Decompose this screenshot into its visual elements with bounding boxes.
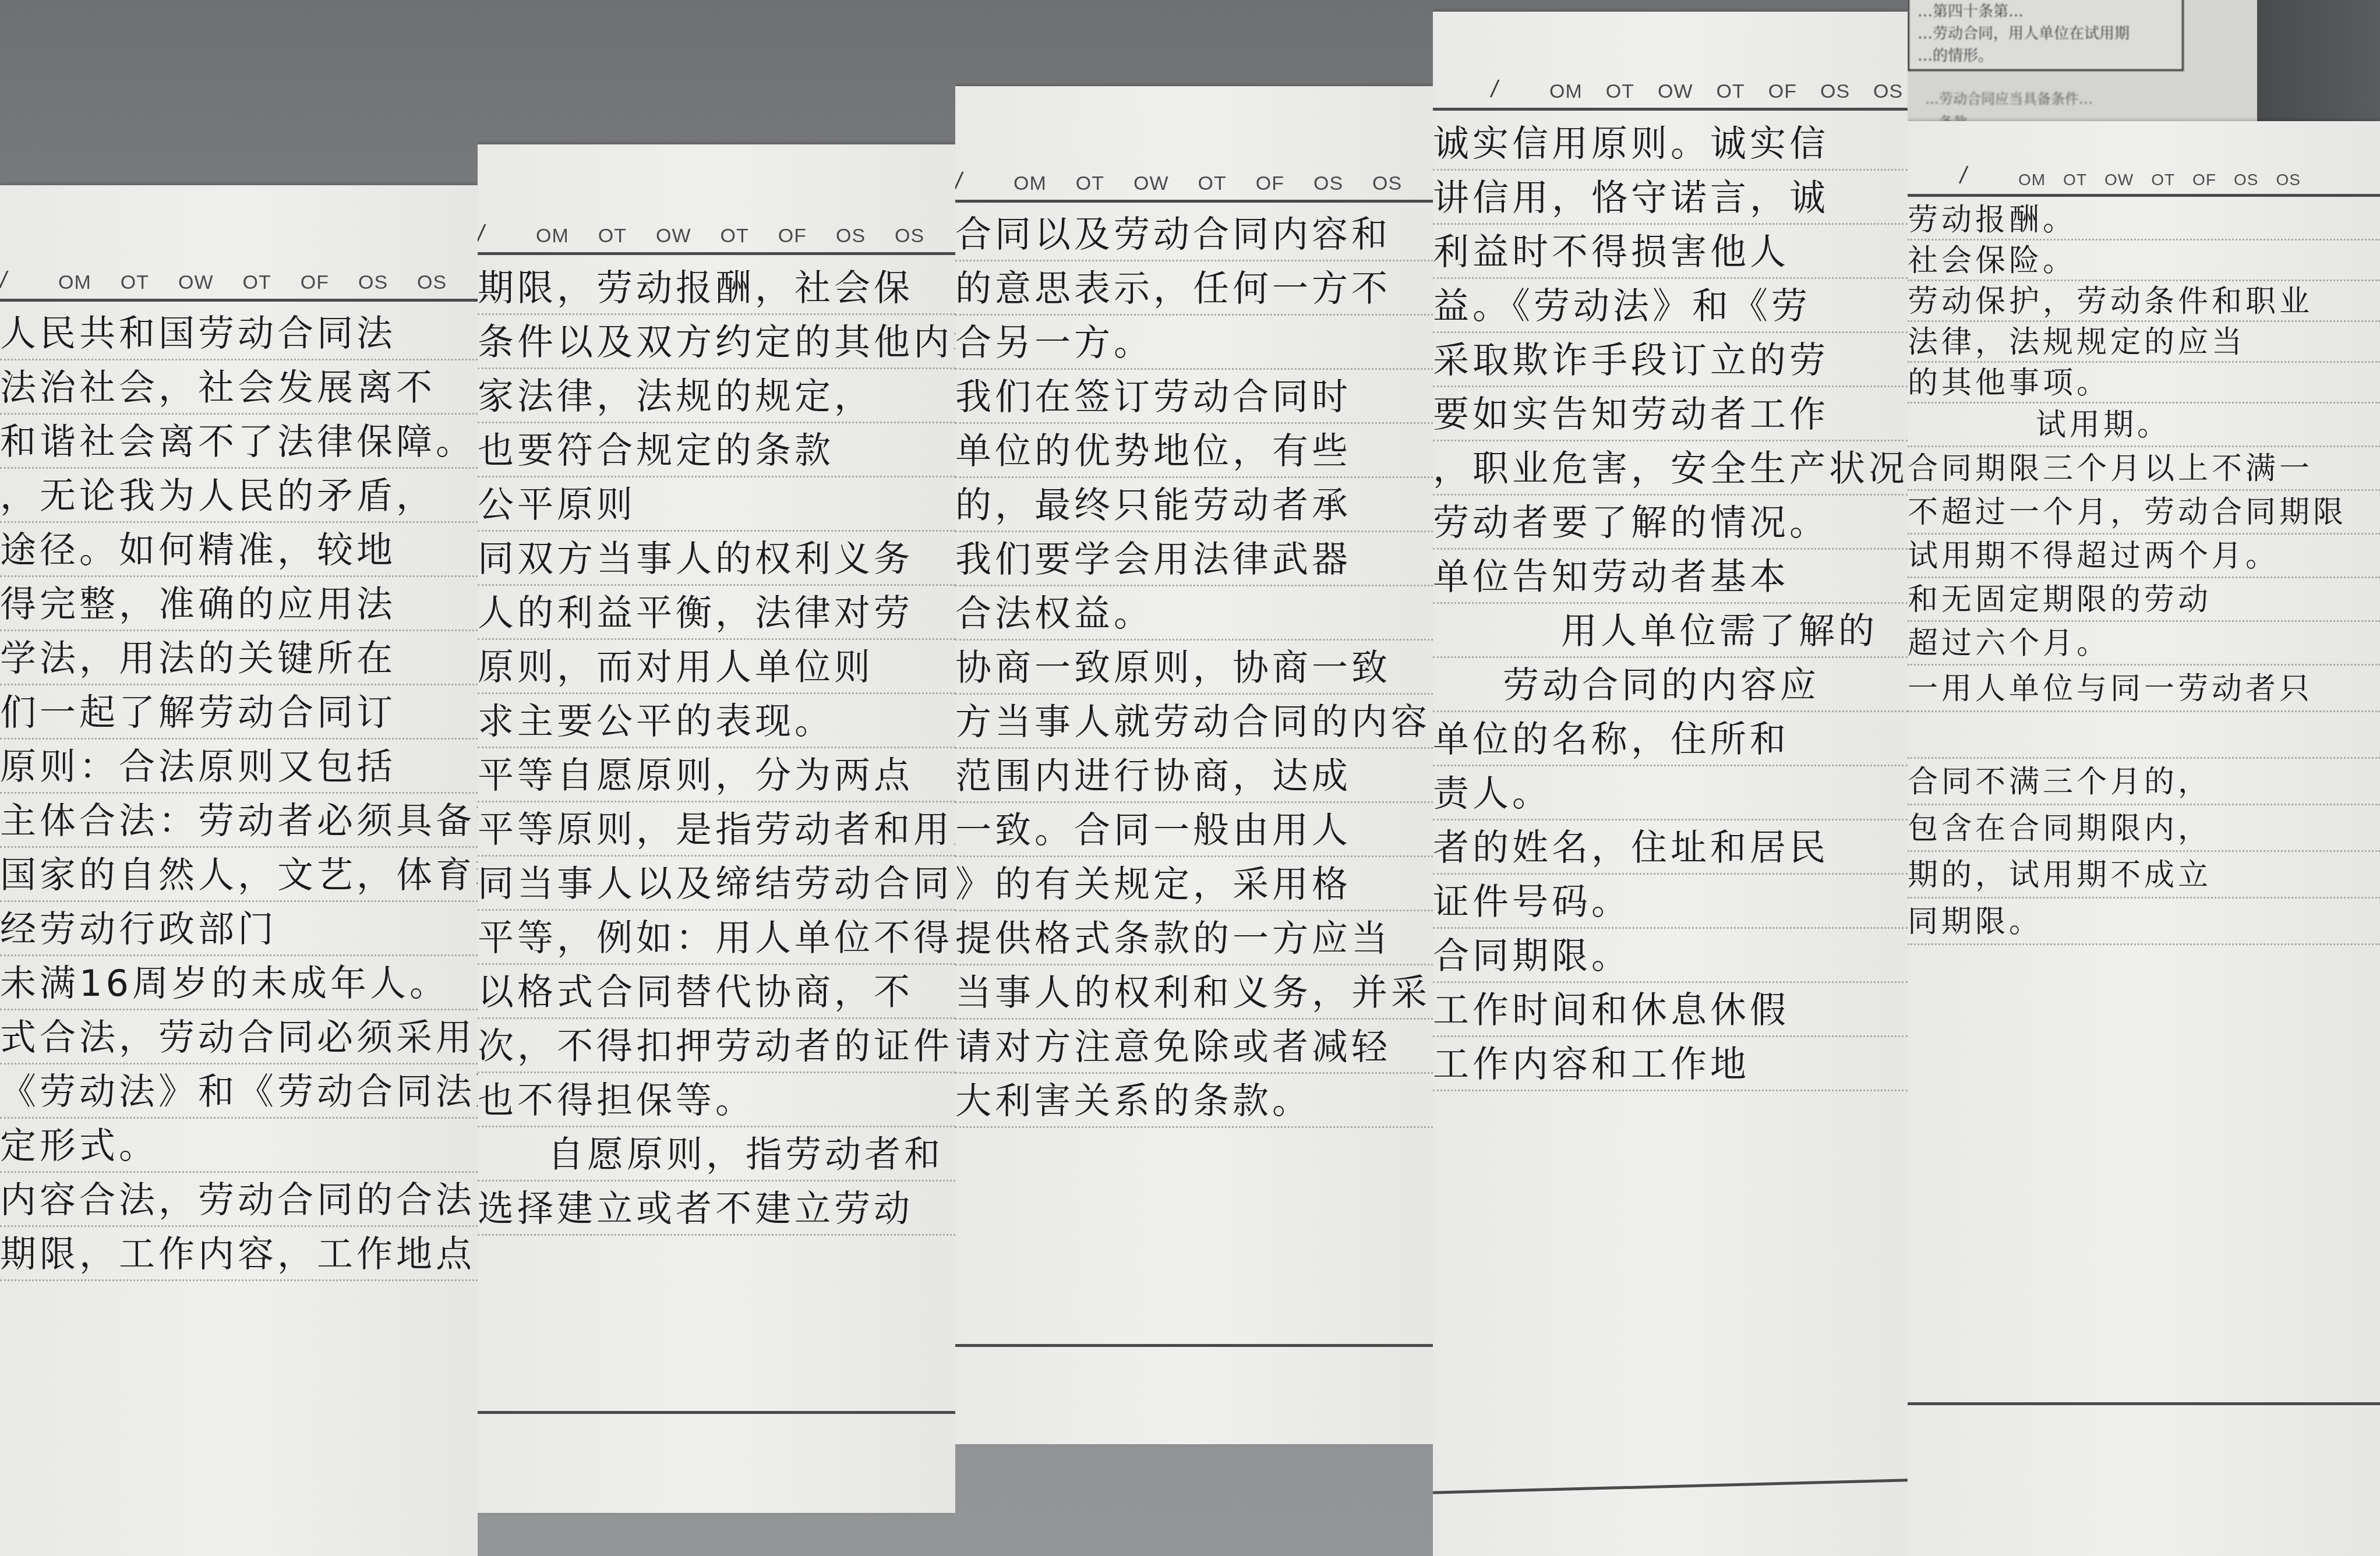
header-code: OF xyxy=(1768,80,1797,103)
handwritten-line: 法律，法规规定的应当 xyxy=(1908,322,2380,363)
header-code: OW xyxy=(1133,172,1169,195)
handwritten-line: 单位的名称，住所和 xyxy=(1433,712,1908,766)
handwritten-line: 方当事人就劳动合同的内容 xyxy=(955,695,1433,749)
bottom-rule xyxy=(1433,1479,1908,1494)
header-code: OT xyxy=(2063,171,2087,189)
handwritten-line: 劳动保护，劳动条件和职业 xyxy=(1908,281,2380,322)
handwritten-line: 得完整，准确的应用法 xyxy=(0,577,478,631)
handwritten-line: 国家的自然人，文艺，体育和 xyxy=(0,848,478,902)
page-header-row: / OM OT OW OT OF OS OS xyxy=(478,220,955,255)
printed-text-line: …的情形。 xyxy=(1918,45,2174,67)
notebook-page: / OM OT OW OT OF OS OS 人民共和国劳动合同法 法治社会，社… xyxy=(0,185,478,1556)
notebook-strip-4: / OM OT OW OT OF OS OS 诚实信用原则。诚实信 讲信用，恪守… xyxy=(1433,0,1908,1556)
handwritten-line: 期限，工作内容，工作地点， xyxy=(0,1227,478,1281)
dark-background-corner xyxy=(2257,0,2380,128)
header-slash: / xyxy=(1960,163,2018,189)
handwritten-line: 单位告知劳动者基本 xyxy=(1433,550,1908,604)
notebook-page: / OM OT OW OT OF OS OS 期限，劳动报酬，社会保 条件以及双… xyxy=(478,144,955,1513)
handwritten-line: 劳动报酬。 xyxy=(1908,200,2380,241)
handwritten-line: 求主要公平的表现。 xyxy=(478,694,955,748)
handwritten-line: 人民共和国劳动合同法 xyxy=(0,306,478,360)
handwritten-line: 合同期限三个月以上不满一 xyxy=(1908,447,2380,491)
page-header-row: / OM OT OW OT OF OS OS xyxy=(1433,76,1908,111)
header-code: OT xyxy=(1606,80,1634,103)
header-code: OF xyxy=(2192,171,2216,189)
printed-text-line: …劳动合同，用人单位在试用期 xyxy=(1918,23,2174,45)
header-code: OT xyxy=(121,271,149,294)
handwritten-line: 要如实告知劳动者工作 xyxy=(1433,387,1908,441)
handwritten-line: 式合法，劳动合同必须采用 xyxy=(0,1010,478,1065)
handwritten-line: 法治社会，社会发展离不 xyxy=(0,360,478,415)
handwritten-line: 证件号码。 xyxy=(1433,875,1908,929)
page-header-row: / OM OT OW OT OF OS OS xyxy=(1908,162,2380,197)
handwritten-line: 当事人的权利和义务，并采 xyxy=(955,966,1433,1020)
header-code: OS xyxy=(1873,80,1903,103)
header-code: OS xyxy=(2234,171,2258,189)
notebook-strip-2: / OM OT OW OT OF OS OS 期限，劳动报酬，社会保 条件以及双… xyxy=(478,0,955,1556)
header-code: OW xyxy=(656,225,691,247)
handwritten-line: 试用期。 xyxy=(1908,404,2380,447)
printed-book-box: …第四十条第… …劳动合同，用人单位在试用期 …的情形。 xyxy=(1908,0,2184,71)
notebook-strip-5: …第四十条第… …劳动合同，用人单位在试用期 …的情形。 …第四十条第… …劳动… xyxy=(1908,0,2380,1556)
handwritten-line xyxy=(1908,712,2380,759)
handwritten-line: ，无论我为人民的矛盾， xyxy=(0,469,478,523)
handwritten-line: 以格式合同替代协商，不 xyxy=(478,965,955,1019)
page-header-row: / OM OT OW OT OF OS OS xyxy=(955,168,1433,203)
header-code: OS xyxy=(1372,172,1402,195)
handwritten-line: 劳动合同的内容应 xyxy=(1433,658,1908,712)
handwritten-line: 学法，用法的关键所在 xyxy=(0,631,478,685)
handwritten-line: 不超过一个月，劳动合同期限 xyxy=(1908,491,2380,535)
handwritten-line: ，职业危害，安全生产状况 xyxy=(1433,441,1908,496)
handwritten-line: 主体合法：劳动者必须具备劳动 xyxy=(0,794,478,848)
handwritten-line: 次，不得扣押劳动者的证件 xyxy=(478,1019,955,1073)
handwritten-line: 的其他事项。 xyxy=(1908,363,2380,404)
handwritten-line: 人的利益平衡，法律对劳 xyxy=(478,586,955,640)
handwritten-line: 》的有关规定，采用格 xyxy=(955,857,1433,911)
header-codes: OM OT OW OT OF OS OS xyxy=(58,271,447,294)
handwritten-line: 工作内容和工作地 xyxy=(1433,1037,1908,1091)
header-code: OW xyxy=(1658,80,1693,103)
bottom-rule xyxy=(1908,1402,2380,1405)
handwritten-line: 超过六个月。 xyxy=(1908,622,2380,666)
handwritten-line: 定形式。 xyxy=(0,1119,478,1173)
handwritten-line: 的，最终只能劳动者承 xyxy=(955,478,1433,532)
handwritten-line: 利益时不得损害他人 xyxy=(1433,225,1908,279)
header-code: OT xyxy=(243,271,271,294)
header-code: OS xyxy=(1820,80,1850,103)
handwritten-lines: 劳动报酬。 社会保险。 劳动保护，劳动条件和职业 法律，法规规定的应当 的其他事… xyxy=(1908,200,2380,945)
header-slash: / xyxy=(955,169,1014,195)
handwritten-line: 提供格式条款的一方应当 xyxy=(955,911,1433,966)
handwritten-line: 一致。合同一般由用人 xyxy=(955,803,1433,857)
handwritten-line: 原则，而对用人单位则 xyxy=(478,640,955,694)
handwritten-line: 平等自愿原则，分为两点 xyxy=(478,748,955,802)
handwritten-line: 经劳动行政部门 xyxy=(0,902,478,956)
header-code: OW xyxy=(2104,171,2134,189)
header-slash: / xyxy=(478,221,536,247)
handwritten-line: 责人。 xyxy=(1433,766,1908,821)
handwritten-line: 条件以及双方约定的其他内容 xyxy=(478,315,955,369)
header-code: OM xyxy=(1549,80,1583,103)
handwritten-line: 的意思表示，任何一方不 xyxy=(955,261,1433,316)
handwritten-line: 合同以及劳动合同内容和 xyxy=(955,207,1433,261)
header-codes: OM OT OW OT OF OS OS xyxy=(536,225,924,247)
handwritten-line: 劳动者要了解的情况。 xyxy=(1433,496,1908,550)
handwritten-line: 平等原则，是指劳动者和用人 xyxy=(478,802,955,857)
handwritten-lines: 诚实信用原则。诚实信 讲信用，恪守诺言，诚 利益时不得损害他人 益。《劳动法》和… xyxy=(1433,116,1908,1091)
handwritten-line: 大利害关系的条款。 xyxy=(955,1074,1433,1128)
handwritten-line: 们一起了解劳动合同订 xyxy=(0,685,478,740)
header-codes: OM OT OW OT OF OS OS xyxy=(2018,171,2301,189)
handwritten-line: 工作时间和休息休假 xyxy=(1433,983,1908,1037)
header-slash: / xyxy=(1491,77,1549,103)
handwritten-line: 和无固定期限的劳动 xyxy=(1908,578,2380,622)
handwritten-line: 用人单位需了解的 xyxy=(1433,604,1908,658)
handwritten-line: 合另一方。 xyxy=(955,316,1433,370)
handwritten-line: 原则：合法原则又包括 xyxy=(0,740,478,794)
handwritten-line: 内容合法，劳动合同的合法 xyxy=(0,1173,478,1227)
handwritten-line: 也要符合规定的条款 xyxy=(478,423,955,478)
handwritten-line: 《劳动法》和《劳动合同法》 xyxy=(0,1065,478,1119)
header-code: OM xyxy=(58,271,91,294)
header-code: OS xyxy=(895,225,924,247)
header-code: OF xyxy=(1256,172,1284,195)
handwritten-line: 一用人单位与同一劳动者只 xyxy=(1908,666,2380,712)
header-code: OT xyxy=(721,225,749,247)
header-code: OT xyxy=(1076,172,1104,195)
header-slash: / xyxy=(0,268,58,294)
header-code: OM xyxy=(2018,171,2046,189)
header-code: OF xyxy=(778,225,807,247)
header-code: OS xyxy=(2276,171,2300,189)
header-code: OW xyxy=(178,271,214,294)
handwritten-line: 期限，劳动报酬，社会保 xyxy=(478,261,955,315)
handwritten-line: 平等，例如：用人单位不得 xyxy=(478,911,955,965)
handwritten-line: 协商一致原则，协商一致 xyxy=(955,641,1433,695)
notebook-strip-1: / OM OT OW OT OF OS OS 人民共和国劳动合同法 法治社会，社… xyxy=(0,0,478,1556)
printed-text-line: …第四十条第… xyxy=(1918,1,2174,23)
photo-collage: / OM OT OW OT OF OS OS 人民共和国劳动合同法 法治社会，社… xyxy=(0,0,2380,1556)
header-code: OT xyxy=(1717,80,1745,103)
handwritten-line: 单位的优势地位，有些 xyxy=(955,424,1433,478)
header-codes: OM OT OW OT OF OS OS xyxy=(1549,80,1903,103)
header-code: OM xyxy=(1014,172,1047,195)
header-code: OS xyxy=(358,271,388,294)
handwritten-line: 我们要学会用法律武器 xyxy=(955,532,1433,586)
notebook-page: / OM OT OW OT OF OS OS 诚实信用原则。诚实信 讲信用，恪守… xyxy=(1433,12,1908,1556)
handwritten-line: 未满16周岁的未成年人。 xyxy=(0,956,478,1010)
header-code: OT xyxy=(1198,172,1227,195)
handwritten-line: 请对方注意免除或者减轻 xyxy=(955,1020,1433,1074)
header-code: OT xyxy=(598,225,627,247)
handwritten-line: 诚实信用原则。诚实信 xyxy=(1433,116,1908,171)
handwritten-line: 讲信用，恪守诺言，诚 xyxy=(1433,171,1908,225)
bottom-rule xyxy=(478,1411,955,1414)
handwritten-line: 同期限。 xyxy=(1908,899,2380,945)
header-code: OT xyxy=(2151,171,2175,189)
handwritten-line: 途径。如何精准，较地 xyxy=(0,523,478,577)
notebook-strip-3: / OM OT OW OT OF OS OS 合同以及劳动合同内容和 的意思表示… xyxy=(955,0,1433,1556)
handwritten-line: 我们在签订劳动合同时 xyxy=(955,370,1433,424)
header-code: OS xyxy=(836,225,866,247)
handwritten-line: 也不得担保等。 xyxy=(478,1073,955,1127)
printed-sub-text: …劳动合同应当具备条件… xyxy=(1925,87,2093,108)
handwritten-line: 同当事人以及缔结劳动合同的 xyxy=(478,857,955,911)
notebook-page: / OM OT OW OT OF OS OS 劳动报酬。 社会保险。 劳动保护，… xyxy=(1908,121,2380,1556)
handwritten-line: 者的姓名，住址和居民 xyxy=(1433,821,1908,875)
handwritten-line: 合同不满三个月的， xyxy=(1908,759,2380,805)
header-codes: OM OT OW OT OF OS OS xyxy=(1014,172,1402,195)
header-code: OS xyxy=(417,271,447,294)
page-header-row: / OM OT OW OT OF OS OS xyxy=(0,267,478,302)
handwritten-line: 公平原则 xyxy=(478,478,955,532)
header-code: OS xyxy=(1313,172,1343,195)
handwritten-lines: 期限，劳动报酬，社会保 条件以及双方约定的其他内容 家法律，法规的规定， 也要符… xyxy=(478,261,955,1236)
header-code: OM xyxy=(536,225,569,247)
handwritten-line: 同双方当事人的权利义务 xyxy=(478,532,955,586)
handwritten-line: 采取欺诈手段订立的劳 xyxy=(1433,333,1908,387)
handwritten-line: 期的，试用期不成立 xyxy=(1908,852,2380,899)
handwritten-line: 合法权益。 xyxy=(955,586,1433,641)
handwritten-lines: 人民共和国劳动合同法 法治社会，社会发展离不 和谐社会离不了法律保障。 ，无论我… xyxy=(0,306,478,1281)
handwritten-line: 选择建立或者不建立劳动 xyxy=(478,1182,955,1236)
handwritten-line: 社会保险。 xyxy=(1908,241,2380,281)
handwritten-line: 自愿原则，指劳动者和 xyxy=(478,1127,955,1182)
handwritten-line: 范围内进行协商，达成 xyxy=(955,749,1433,803)
handwritten-line: 合同期限。 xyxy=(1433,929,1908,983)
handwritten-line: 和谐社会离不了法律保障。 xyxy=(0,415,478,469)
handwritten-line: 试用期不得超过两个月。 xyxy=(1908,535,2380,578)
notebook-page: / OM OT OW OT OF OS OS 合同以及劳动合同内容和 的意思表示… xyxy=(955,86,1433,1444)
handwritten-line: 益。《劳动法》和《劳 xyxy=(1433,279,1908,333)
handwritten-line: 包含在合同期限内， xyxy=(1908,805,2380,852)
bottom-rule xyxy=(955,1344,1433,1347)
header-code: OF xyxy=(301,271,329,294)
handwritten-line: 家法律，法规的规定， xyxy=(478,369,955,423)
handwritten-lines: 合同以及劳动合同内容和 的意思表示，任何一方不 合另一方。 我们在签订劳动合同时… xyxy=(955,207,1433,1128)
